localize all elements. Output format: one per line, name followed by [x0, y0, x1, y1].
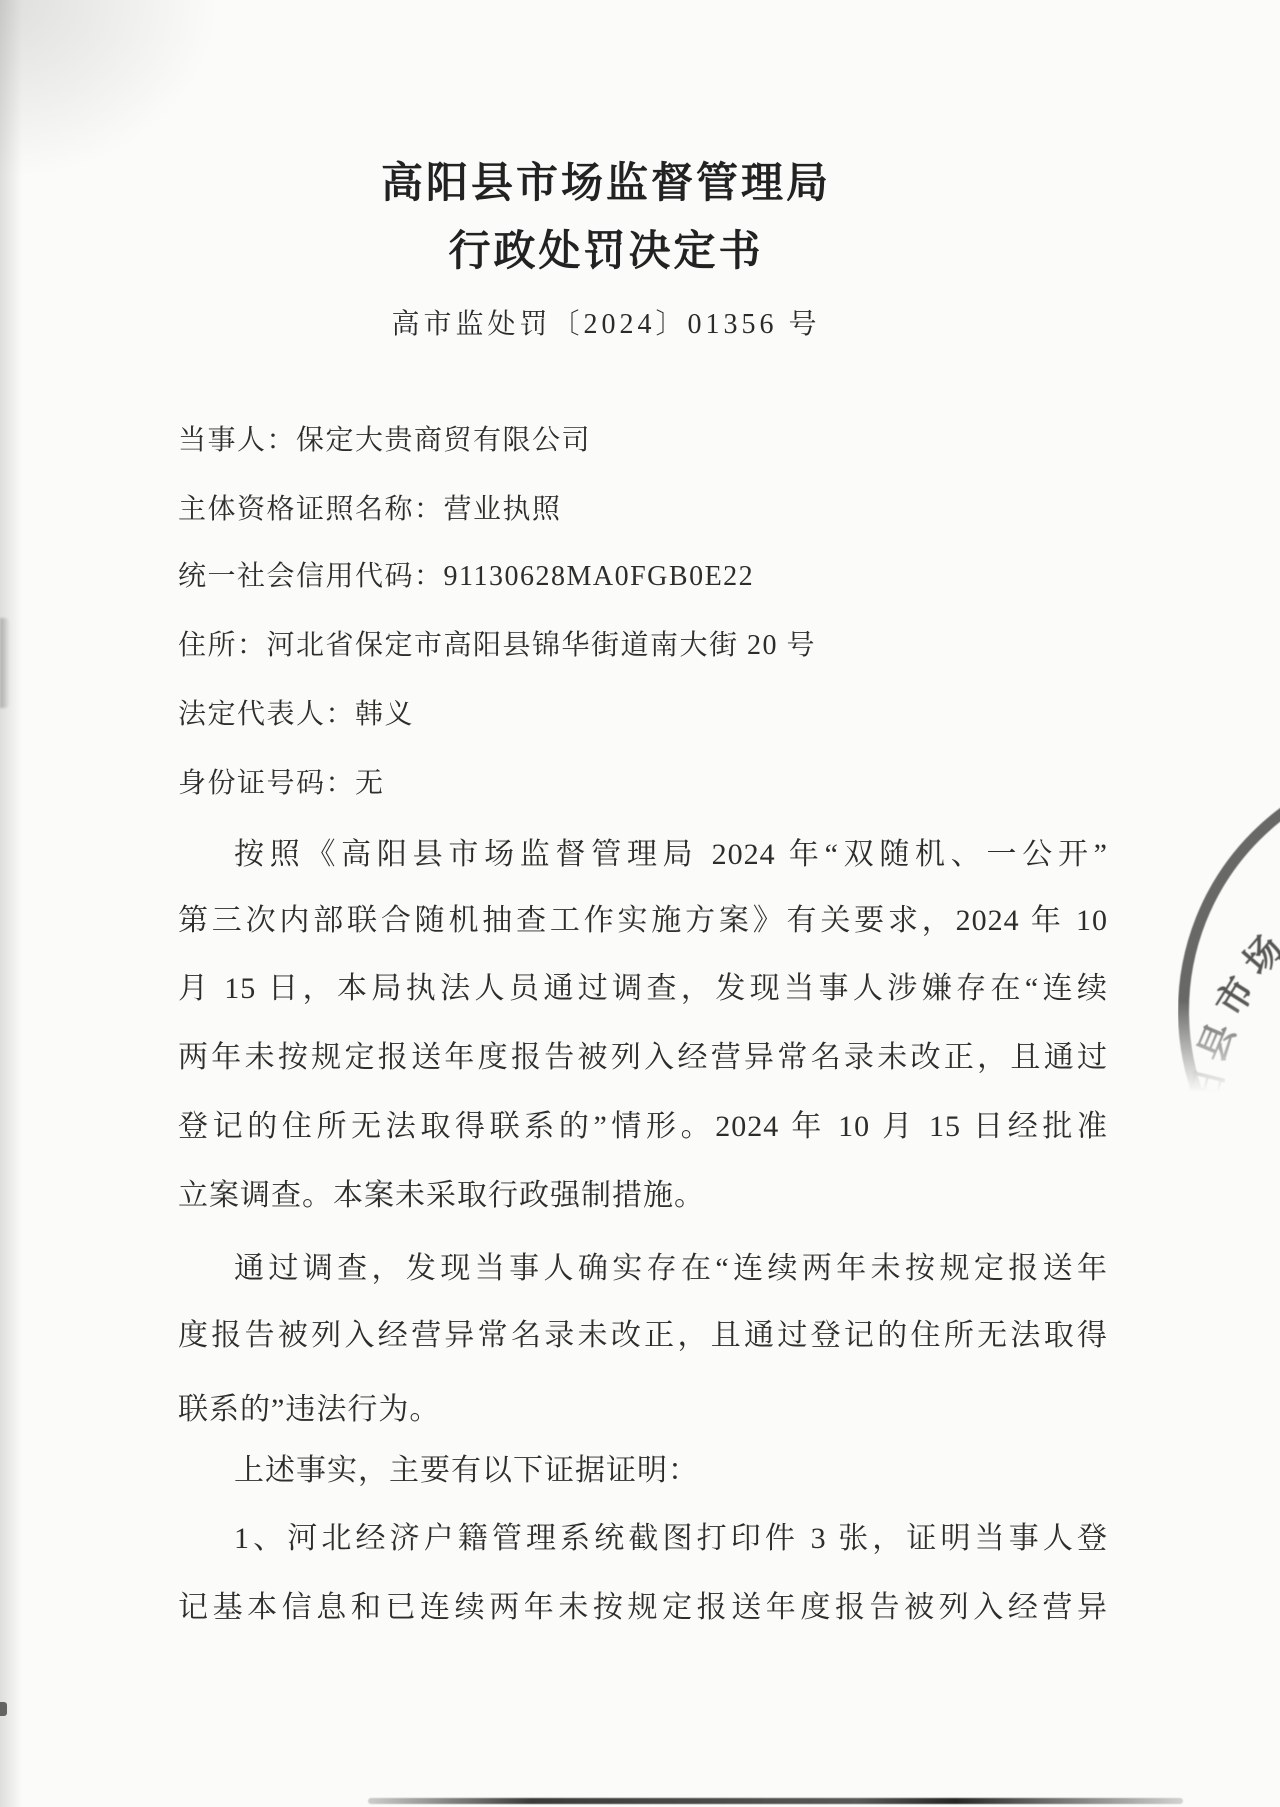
- body-line-evidence-intro: 上述事实，主要有以下证据证明：: [178, 1451, 1108, 1491]
- body-line: 两年未按规定报送年度报告被列入经营异常名录未改正，且通过: [178, 1038, 1108, 1078]
- body-line: 度报告被列入经营异常名录未改正，且通过登记的住所无法取得: [178, 1316, 1108, 1356]
- field-value: 营业执照: [444, 494, 562, 525]
- stamp-character: 阳: [1173, 1065, 1234, 1114]
- field-label: 当事人：: [178, 425, 296, 456]
- scan-bottom-edge: [368, 1798, 1183, 1804]
- field-legal-representative: 法定代表人：韩义: [178, 694, 1108, 735]
- stamp-character: 县: [1181, 1013, 1245, 1068]
- body-line: 登记的住所无法取得联系的”情形。2024 年 10 月 15 日经批准: [178, 1107, 1108, 1147]
- document-title-authority: 高阳县市场监督管理局: [0, 150, 1212, 210]
- body-line: 按照《高阳县市场监督管理局 2024 年“双随机、一公开”: [178, 835, 1108, 875]
- field-party: 当事人：保定大贵商贸有限公司: [178, 420, 1108, 461]
- stamp-character: 市: [1200, 965, 1265, 1025]
- field-address: 住所：河北省保定市高阳县锦华街道南大街 20 号: [178, 625, 1108, 666]
- body-line: 通过调查，发现当事人确实存在“连续两年未按规定报送年: [178, 1249, 1108, 1289]
- field-value: 91130628MA0FGB0E22: [444, 561, 755, 592]
- field-label: 法定代表人：: [178, 699, 355, 730]
- field-value: 河北省保定市高阳县锦华街道南大街 20 号: [267, 630, 817, 661]
- field-value: 保定大贵商贸有限公司: [296, 425, 591, 456]
- field-label: 身份证号码：: [178, 768, 355, 799]
- document-number: 高市监处罚〔2024〕01356 号: [0, 302, 1212, 342]
- official-stamp: 场 市 县 阳: [1178, 758, 1280, 1264]
- field-license-name: 主体资格证照名称：营业执照: [178, 489, 1108, 530]
- field-label: 住所：: [178, 630, 267, 661]
- scan-smudge: [0, 618, 10, 708]
- field-value: 韩义: [355, 699, 414, 730]
- field-credit-code: 统一社会信用代码：91130628MA0FGB0E22: [178, 556, 1108, 597]
- scanned-penalty-decision-document: 高阳县市场监督管理局 行政处罚决定书 高市监处罚〔2024〕01356 号 当事…: [0, 0, 1280, 1807]
- field-id-number: 身份证号码：无: [178, 763, 1108, 804]
- field-label: 统一社会信用代码：: [178, 561, 444, 592]
- stamp-character: 场: [1228, 921, 1280, 984]
- body-line: 月 15 日，本局执法人员通过调查，发现当事人涉嫌存在“连续: [178, 969, 1108, 1009]
- body-line: 第三次内部联合随机抽查工作实施方案》有关要求，2024 年 10: [178, 901, 1108, 941]
- document-title-type: 行政处罚决定书: [0, 218, 1212, 278]
- stamp-ring: [1178, 758, 1280, 1264]
- field-value: 无: [355, 768, 385, 799]
- body-line: 立案调查。本案未采取行政强制措施。: [178, 1176, 1108, 1216]
- body-line: 1、河北经济户籍管理系统截图打印件 3 张，证明当事人登: [178, 1519, 1108, 1559]
- body-line: 记基本信息和已连续两年未按规定报送年度报告被列入经营异: [178, 1588, 1108, 1628]
- scan-edge-mark: [0, 1702, 7, 1716]
- field-label: 主体资格证照名称：: [178, 494, 444, 525]
- body-line: 联系的”违法行为。: [178, 1390, 1108, 1430]
